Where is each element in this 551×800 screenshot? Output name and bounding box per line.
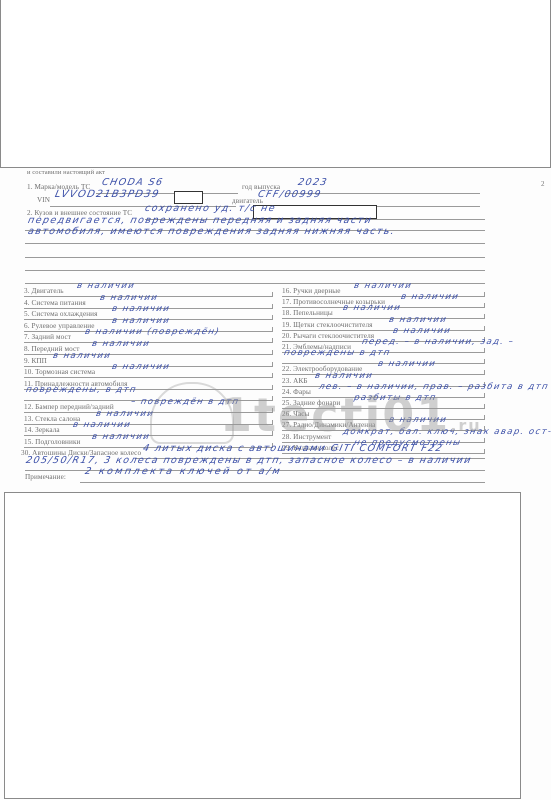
line-end-tick (272, 304, 273, 309)
checklist-value: в наличии (95, 409, 155, 419)
checklist-value: перед. – в наличии, зад. – (361, 337, 515, 347)
checklist-value: в наличии (314, 371, 374, 381)
checklist-value: в наличии (342, 303, 402, 313)
checklist-label: 20. Рычаги стеклоочистителя (282, 332, 374, 340)
checklist-value: в наличии (353, 281, 413, 291)
line-end-tick (484, 449, 485, 454)
checklist-value: в наличии (91, 432, 151, 442)
line-end-tick (484, 370, 485, 375)
checklist-label: 4. Система питания (24, 299, 86, 307)
line-end-tick (484, 415, 485, 420)
checklist-underline (282, 318, 484, 319)
note-value: 2 комплекта ключей от а/м (84, 466, 283, 477)
line-end-tick (484, 348, 485, 353)
line-end-tick (484, 326, 485, 331)
checklist-value: повреждены в дтп (283, 348, 392, 358)
year-value: 2023 (297, 177, 329, 188)
checklist-label: 14. Зеркала (24, 426, 60, 434)
vin-label: VIN (37, 196, 50, 204)
checklist-value: в наличии (99, 293, 159, 303)
intro-text: и составили настоящий акт (27, 169, 105, 176)
line-end-tick (272, 315, 273, 320)
checklist-label: 18. Пепельницы (282, 309, 333, 317)
body-underline-3 (25, 243, 485, 244)
line-end-tick (272, 338, 273, 343)
checklist-value: в наличии (377, 359, 437, 369)
checklist-value: в наличии (392, 326, 452, 336)
checklist-value: в наличии (91, 339, 151, 349)
line-end-tick (484, 314, 485, 319)
engine-value: CFF/00999 (257, 189, 323, 200)
body-line-2: передвигается, повреждены передняя и зад… (27, 215, 373, 226)
checklist-label: 3. Двигатель (24, 287, 64, 295)
checklist-value: в наличии (111, 316, 171, 326)
checklist-underline (282, 330, 484, 331)
checklist-label: 6. Рулевое управление (24, 322, 95, 330)
checklist-value: в наличии (111, 304, 171, 314)
note-label: Примечание: (25, 473, 66, 481)
make-value: CHODA S6 (101, 177, 165, 188)
checklist-value: в наличии (76, 281, 136, 291)
wheels-line-2: 205/50/R17, 3 колеса повреждены в дтп, з… (25, 455, 473, 466)
line-end-tick (272, 350, 273, 355)
checklist-value: в наличии (400, 292, 460, 302)
page-mark: 2 (541, 180, 545, 188)
body-line-3: автомобиля, имеются повреждения задняя н… (27, 226, 397, 237)
checklist-label: 10. Тормозная система (24, 368, 95, 376)
line-end-tick (484, 292, 485, 297)
checklist-label: 16. Ручки дверные (282, 287, 340, 295)
watermark-text: 1tecti01.ru (220, 388, 482, 442)
wheels-line-1: 4 литых диска с автошинами GITI COMFORT … (142, 443, 444, 454)
checklist-value: в наличии (388, 315, 448, 325)
checklist-label: 23. АКБ (282, 377, 308, 385)
checklist-value: повреждены, в дтп (25, 385, 138, 395)
line-end-tick (484, 303, 485, 308)
checklist-value: в наличии (52, 351, 112, 361)
line-end-tick (272, 327, 273, 332)
checklist-value: в наличии (повреждён) (84, 327, 221, 337)
checklist-label: 5. Система охлаждения (24, 310, 98, 318)
scanned-document: и составили настоящий акт 2 1. Марка/мод… (0, 0, 551, 800)
line-end-tick (484, 359, 485, 364)
checklist-underline (24, 377, 272, 378)
line-end-tick (272, 292, 273, 297)
blank-overlay-bottom (4, 492, 521, 799)
checklist-value: в наличии (111, 362, 171, 372)
checklist-label: 13. Стекла салона (24, 415, 80, 423)
checklist-label: 9. КПП (24, 357, 47, 365)
blank-overlay-top (0, 0, 551, 168)
line-end-tick (484, 393, 485, 398)
checklist-label: 15. Подголовники (24, 438, 81, 446)
body-underline-5 (25, 270, 485, 271)
checklist-label: 19. Щетки стеклоочистителя (282, 321, 373, 329)
checklist-underline (282, 374, 484, 375)
body-line-1: сохранено уд. т/с не (144, 203, 277, 214)
line-end-tick (484, 404, 485, 409)
line-end-tick (484, 438, 485, 443)
vin-value: LVVOD21B3PD39 (54, 189, 161, 200)
note-underline (80, 482, 485, 483)
line-end-tick (272, 362, 273, 367)
body-underline-4 (25, 257, 485, 258)
checklist-value: в наличии (72, 420, 132, 430)
checklist-label: 7. Задний мост (24, 333, 71, 341)
line-end-tick (272, 373, 273, 378)
